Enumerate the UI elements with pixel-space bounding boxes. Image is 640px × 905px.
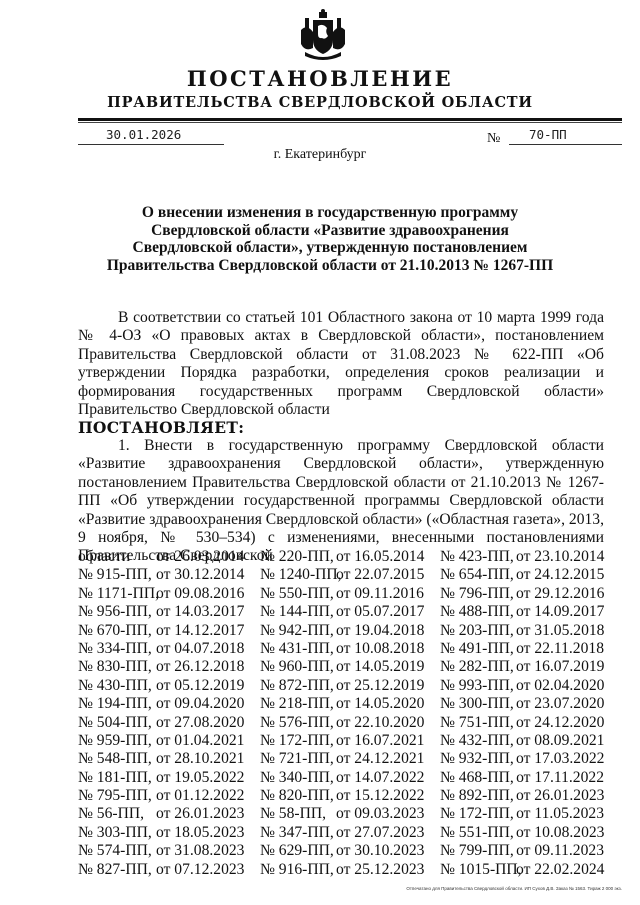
amendment-number: области: [78, 548, 156, 566]
amendment-number: № 574-ПП,: [78, 842, 156, 860]
amendment-number: № 799-ПП,: [440, 842, 516, 860]
amendment-number: № 915-ПП,: [78, 566, 156, 584]
amendment-date: от 09.03.2023: [336, 805, 440, 823]
amendment-date: от 17.03.2022: [516, 750, 604, 768]
amendment-number: № 423-ПП,: [440, 548, 516, 566]
amendment-number: № 960-ПП,: [260, 658, 336, 676]
amendment-date: от 02.04.2020: [516, 677, 604, 695]
amendment-date: от 30.12.2014: [156, 566, 260, 584]
amendment-date: от 11.05.2023: [516, 805, 604, 823]
amendment-date: от 01.04.2021: [156, 732, 260, 750]
amendment-date: от 22.11.2018: [516, 640, 604, 658]
preamble-paragraph: В соответствии со статьей 101 Областного…: [78, 309, 604, 419]
amendment-date: от 19.04.2018: [336, 622, 440, 640]
amendment-row: № 504-ПП,от 27.08.2020№ 576-ПП,от 22.10.…: [78, 714, 604, 732]
amendment-date: от 31.05.2018: [516, 622, 604, 640]
amendment-date: от 23.10.2014: [516, 548, 604, 566]
amendment-number: № 827-ПП,: [78, 861, 156, 879]
amendment-number: № 959-ПП,: [78, 732, 156, 750]
amendment-date: от 14.05.2020: [336, 695, 440, 713]
amendment-date: от 09.11.2023: [516, 842, 604, 860]
item-1-paragraph: 1. Внести в государственную программу Св…: [78, 437, 604, 566]
amendment-number: № 872-ПП,: [260, 677, 336, 695]
document-page: ПОСТАНОВЛЕНИЕ ПРАВИТЕЛЬСТВА СВЕРДЛОВСКОЙ…: [0, 0, 640, 905]
amendment-row: № 56-ПП,от 26.01.2023№ 58-ПП,от 09.03.20…: [78, 805, 604, 823]
document-city: г. Екатеринбург: [0, 147, 640, 163]
amendment-date: от 26.01.2023: [156, 805, 260, 823]
heading-line: Свердловской области «Развитие здравоохр…: [100, 222, 560, 240]
amendment-date: от 14.05.2019: [336, 658, 440, 676]
amendment-number: № 431-ПП,: [260, 640, 336, 658]
amendment-number: № 916-ПП,: [260, 861, 336, 879]
amendment-number: № 548-ПП,: [78, 750, 156, 768]
amendment-number: № 432-ПП,: [440, 732, 516, 750]
amendment-date: от 24.12.2020: [516, 714, 604, 732]
amendment-date: от 25.12.2019: [336, 677, 440, 695]
amendment-row: № 795-ПП,от 01.12.2022№ 820-ПП,от 15.12.…: [78, 787, 604, 805]
heading-line: Свердловской области», утвержденную пост…: [100, 239, 560, 257]
number-sign: №: [487, 131, 500, 147]
amendment-number: № 144-ПП,: [260, 603, 336, 621]
document-title: ПОСТАНОВЛЕНИЕ: [0, 66, 640, 91]
header-divider-thin: [78, 122, 622, 123]
amendment-date: от 14.12.2017: [156, 622, 260, 640]
amendment-number: № 550-ПП,: [260, 585, 336, 603]
amendment-date: от 25.12.2023: [336, 861, 440, 879]
amendment-number: № 892-ПП,: [440, 787, 516, 805]
amendment-number: № 194-ПП,: [78, 695, 156, 713]
amendment-date: от 24.12.2021: [336, 750, 440, 768]
amendment-date: от 10.08.2018: [336, 640, 440, 658]
amendment-number: № 795-ПП,: [78, 787, 156, 805]
amendment-number: № 203-ПП,: [440, 622, 516, 640]
amendment-number: № 56-ПП,: [78, 805, 156, 823]
amendment-number: № 172-ПП,: [260, 732, 336, 750]
amendment-date: от 09.11.2016: [336, 585, 440, 603]
amendment-date: от 26.01.2023: [516, 787, 604, 805]
amendment-number: № 1240-ПП,: [260, 566, 336, 584]
amendment-row: № 1171-ПП,от 09.08.2016№ 550-ПП,от 09.11…: [78, 585, 604, 603]
heading-line: Правительства Свердловской области от 21…: [100, 257, 560, 275]
amendment-number: № 181-ПП,: [78, 769, 156, 787]
amendment-number: № 670-ПП,: [78, 622, 156, 640]
amendment-number: № 340-ПП,: [260, 769, 336, 787]
amendment-number: № 300-ПП,: [440, 695, 516, 713]
amendment-date: от 15.12.2022: [336, 787, 440, 805]
resolves-heading: ПОСТАНОВЛЯЕТ:: [78, 418, 244, 437]
amendment-date: от 22.02.2024: [516, 861, 604, 879]
amendment-date: от 22.10.2020: [336, 714, 440, 732]
document-number: 70-ПП: [529, 127, 567, 142]
date-underline: [78, 144, 224, 145]
amendment-row: № 959-ПП,от 01.04.2021№ 172-ПП,от 16.07.…: [78, 732, 604, 750]
amendment-number: № 488-ПП,: [440, 603, 516, 621]
amendment-date: от 05.12.2019: [156, 677, 260, 695]
amendment-row: № 670-ПП,от 14.12.2017№ 942-ПП,от 19.04.…: [78, 622, 604, 640]
amendment-date: от 09.04.2020: [156, 695, 260, 713]
document-subtitle: ПРАВИТЕЛЬСТВА СВЕРДЛОВСКОЙ ОБЛАСТИ: [0, 94, 640, 111]
amendment-row: № 181-ПП,от 19.05.2022№ 340-ПП,от 14.07.…: [78, 769, 604, 787]
amendment-number: № 1171-ПП,: [78, 585, 156, 603]
amendment-row: областиот 26.03.2014№ 220-ПП,от 16.05.20…: [78, 548, 604, 566]
document-date: 30.01.2026: [106, 127, 181, 142]
amendment-date: от 14.09.2017: [516, 603, 604, 621]
amendment-date: от 18.05.2023: [156, 824, 260, 842]
amendment-number: № 220-ПП,: [260, 548, 336, 566]
amendment-number: № 468-ПП,: [440, 769, 516, 787]
amendment-date: от 26.03.2014: [156, 548, 260, 566]
amendment-row: № 574-ПП,от 31.08.2023№ 629-ПП,от 30.10.…: [78, 842, 604, 860]
amendment-date: от 27.07.2023: [336, 824, 440, 842]
amendment-number: № 751-ПП,: [440, 714, 516, 732]
amendment-row: № 194-ПП,от 09.04.2020№ 218-ПП,от 14.05.…: [78, 695, 604, 713]
amendment-number: № 491-ПП,: [440, 640, 516, 658]
amendment-number: № 430-ПП,: [78, 677, 156, 695]
amendment-row: № 830-ПП,от 26.12.2018№ 960-ПП,от 14.05.…: [78, 658, 604, 676]
amendment-date: от 07.12.2023: [156, 861, 260, 879]
amendment-date: от 01.12.2022: [156, 787, 260, 805]
amendment-date: от 09.08.2016: [156, 585, 260, 603]
amendment-number: № 58-ПП,: [260, 805, 336, 823]
amendment-row: № 915-ПП,от 30.12.2014№ 1240-ПП,от 22.07…: [78, 566, 604, 584]
amendment-number: № 796-ПП,: [440, 585, 516, 603]
amendment-date: от 31.08.2023: [156, 842, 260, 860]
amendment-date: от 19.05.2022: [156, 769, 260, 787]
amendment-date: от 24.12.2015: [516, 566, 604, 584]
amendment-row: № 548-ПП,от 28.10.2021№ 721-ПП,от 24.12.…: [78, 750, 604, 768]
amendment-number: № 334-ПП,: [78, 640, 156, 658]
amendment-date: от 16.07.2021: [336, 732, 440, 750]
amendment-date: от 05.07.2017: [336, 603, 440, 621]
amendment-date: от 27.08.2020: [156, 714, 260, 732]
amendment-number: № 654-ПП,: [440, 566, 516, 584]
amendment-number: № 218-ПП,: [260, 695, 336, 713]
amendment-number: № 830-ПП,: [78, 658, 156, 676]
amendment-date: от 29.12.2016: [516, 585, 604, 603]
heading-line: О внесении изменения в государственную п…: [100, 204, 560, 222]
amendment-number: № 820-ПП,: [260, 787, 336, 805]
amendment-date: от 23.07.2020: [516, 695, 604, 713]
amendment-date: от 10.08.2023: [516, 824, 604, 842]
amendment-row: № 430-ПП,от 05.12.2019№ 872-ПП,от 25.12.…: [78, 677, 604, 695]
amendment-number: № 303-ПП,: [78, 824, 156, 842]
amendment-row: № 334-ПП,от 04.07.2018№ 431-ПП,от 10.08.…: [78, 640, 604, 658]
amendment-number: № 932-ПП,: [440, 750, 516, 768]
header-divider: [78, 118, 622, 121]
amendment-date: от 16.07.2019: [516, 658, 604, 676]
amendment-date: от 04.07.2018: [156, 640, 260, 658]
amendment-row: № 827-ПП,от 07.12.2023№ 916-ПП,от 25.12.…: [78, 861, 604, 879]
amendment-row: № 956-ПП,от 14.03.2017№ 144-ПП,от 05.07.…: [78, 603, 604, 621]
amendment-number: № 942-ПП,: [260, 622, 336, 640]
amendment-date: от 30.10.2023: [336, 842, 440, 860]
amendment-number: № 721-ПП,: [260, 750, 336, 768]
amendment-number: № 347-ПП,: [260, 824, 336, 842]
amendment-date: от 17.11.2022: [516, 769, 604, 787]
amendment-date: от 26.12.2018: [156, 658, 260, 676]
amendment-number: № 1015-ПП,: [440, 861, 516, 879]
amendment-number: № 282-ПП,: [440, 658, 516, 676]
number-underline: [509, 144, 622, 145]
amendment-date: от 08.09.2021: [516, 732, 604, 750]
amendment-number: № 576-ПП,: [260, 714, 336, 732]
print-footer: Отпечатано для Правительства Свердловско…: [406, 886, 622, 891]
amendment-number: № 172-ПП,: [440, 805, 516, 823]
amendment-number: № 956-ПП,: [78, 603, 156, 621]
amendment-date: от 16.05.2014: [336, 548, 440, 566]
amendment-row: № 303-ПП,от 18.05.2023№ 347-ПП,от 27.07.…: [78, 824, 604, 842]
coat-of-arms-icon: [299, 8, 347, 64]
amendment-number: № 993-ПП,: [440, 677, 516, 695]
amendment-number: № 551-ПП,: [440, 824, 516, 842]
amendments-list: областиот 26.03.2014№ 220-ПП,от 16.05.20…: [78, 548, 604, 879]
document-heading: О внесении изменения в государственную п…: [100, 204, 560, 274]
amendment-number: № 629-ПП,: [260, 842, 336, 860]
amendment-date: от 14.07.2022: [336, 769, 440, 787]
amendment-date: от 14.03.2017: [156, 603, 260, 621]
amendment-number: № 504-ПП,: [78, 714, 156, 732]
amendment-date: от 22.07.2015: [336, 566, 440, 584]
amendment-date: от 28.10.2021: [156, 750, 260, 768]
